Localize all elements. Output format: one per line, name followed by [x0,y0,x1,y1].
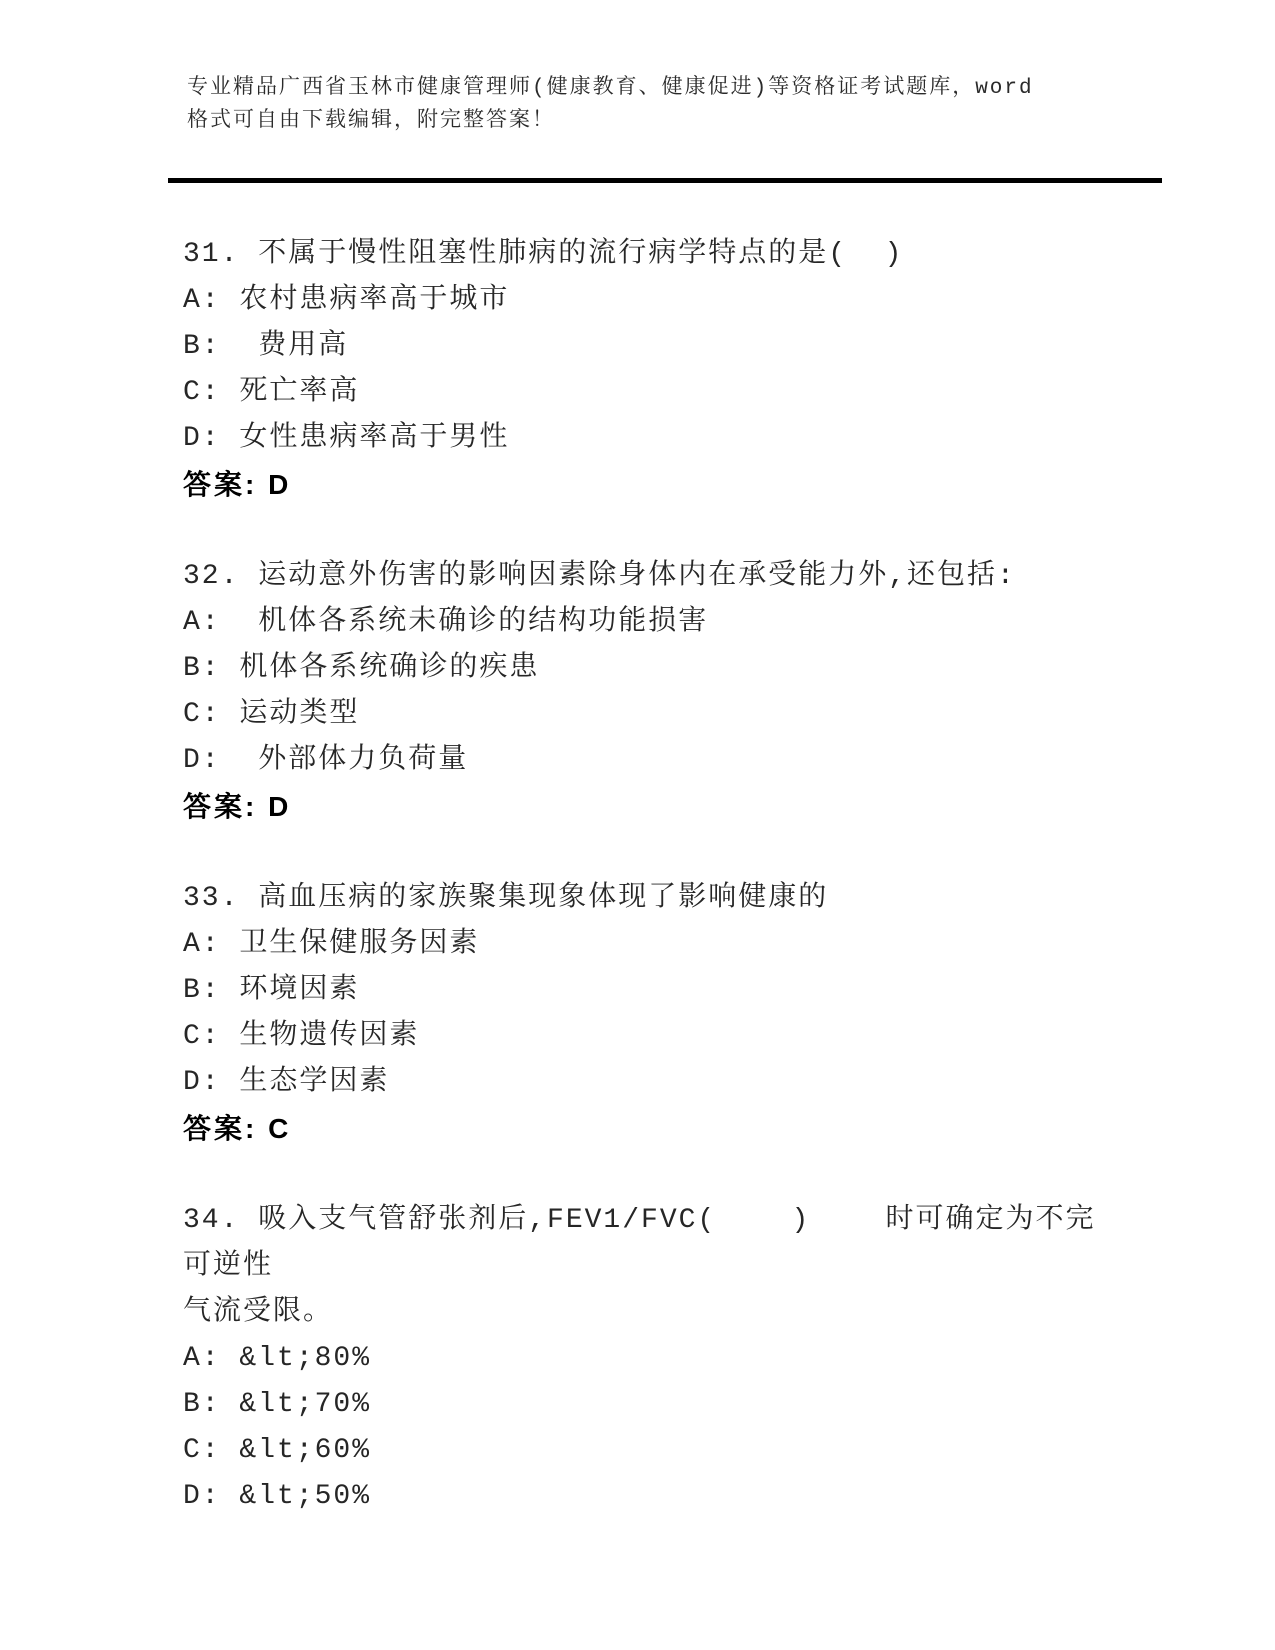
answer-line: 答案: C [183,1106,1123,1152]
option-a: A: 机体各系统未确诊的结构功能损害 [183,600,1123,646]
header-line-1: 专业精品广西省玉林市健康管理师(健康教育、健康促进)等资格证考试题库，word [187,72,1097,105]
option-d: D: &lt;50% [183,1474,1123,1520]
question-block-34: 34. 吸入支气管舒张剂后,FEV1/FVC( ) 时可确定为不完可逆性 气流受… [183,1198,1123,1520]
option-a: A: &lt;80% [183,1336,1123,1382]
question-title: 31. 不属于慢性阻塞性肺病的流行病学特点的是( ) [183,232,1123,278]
question-block-33: 33. 高血压病的家族聚集现象体现了影响健康的 A: 卫生保健服务因素 B: 环… [183,876,1123,1152]
option-b: B: &lt;70% [183,1382,1123,1428]
document-page: 专业精品广西省玉林市健康管理师(健康教育、健康促进)等资格证考试题库，word … [0,0,1275,1650]
answer-line: 答案: D [183,784,1123,830]
option-d: D: 生态学因素 [183,1060,1123,1106]
option-d: D: 外部体力负荷量 [183,738,1123,784]
page-header: 专业精品广西省玉林市健康管理师(健康教育、健康促进)等资格证考试题库，word … [187,72,1097,138]
question-title: 32. 运动意外伤害的影响因素除身体内在承受能力外,还包括: [183,554,1123,600]
option-d: D: 女性患病率高于男性 [183,416,1123,462]
option-b: B: 费用高 [183,324,1123,370]
question-block-31: 31. 不属于慢性阻塞性肺病的流行病学特点的是( ) A: 农村患病率高于城市 … [183,232,1123,508]
option-c: C: 死亡率高 [183,370,1123,416]
option-c: C: &lt;60% [183,1428,1123,1474]
answer-line: 答案: D [183,462,1123,508]
question-title: 34. 吸入支气管舒张剂后,FEV1/FVC( ) 时可确定为不完可逆性 气流受… [183,1198,1123,1336]
option-a: A: 农村患病率高于城市 [183,278,1123,324]
option-a: A: 卫生保健服务因素 [183,922,1123,968]
question-title: 33. 高血压病的家族聚集现象体现了影响健康的 [183,876,1123,922]
question-block-32: 32. 运动意外伤害的影响因素除身体内在承受能力外,还包括: A: 机体各系统未… [183,554,1123,830]
option-b: B: 机体各系统确诊的疾患 [183,646,1123,692]
option-b: B: 环境因素 [183,968,1123,1014]
header-line-2: 格式可自由下载编辑，附完整答案！ [187,105,1097,138]
option-c: C: 生物遗传因素 [183,1014,1123,1060]
document-body: 31. 不属于慢性阻塞性肺病的流行病学特点的是( ) A: 农村患病率高于城市 … [183,232,1123,1566]
option-c: C: 运动类型 [183,692,1123,738]
header-double-rule [168,178,1162,183]
